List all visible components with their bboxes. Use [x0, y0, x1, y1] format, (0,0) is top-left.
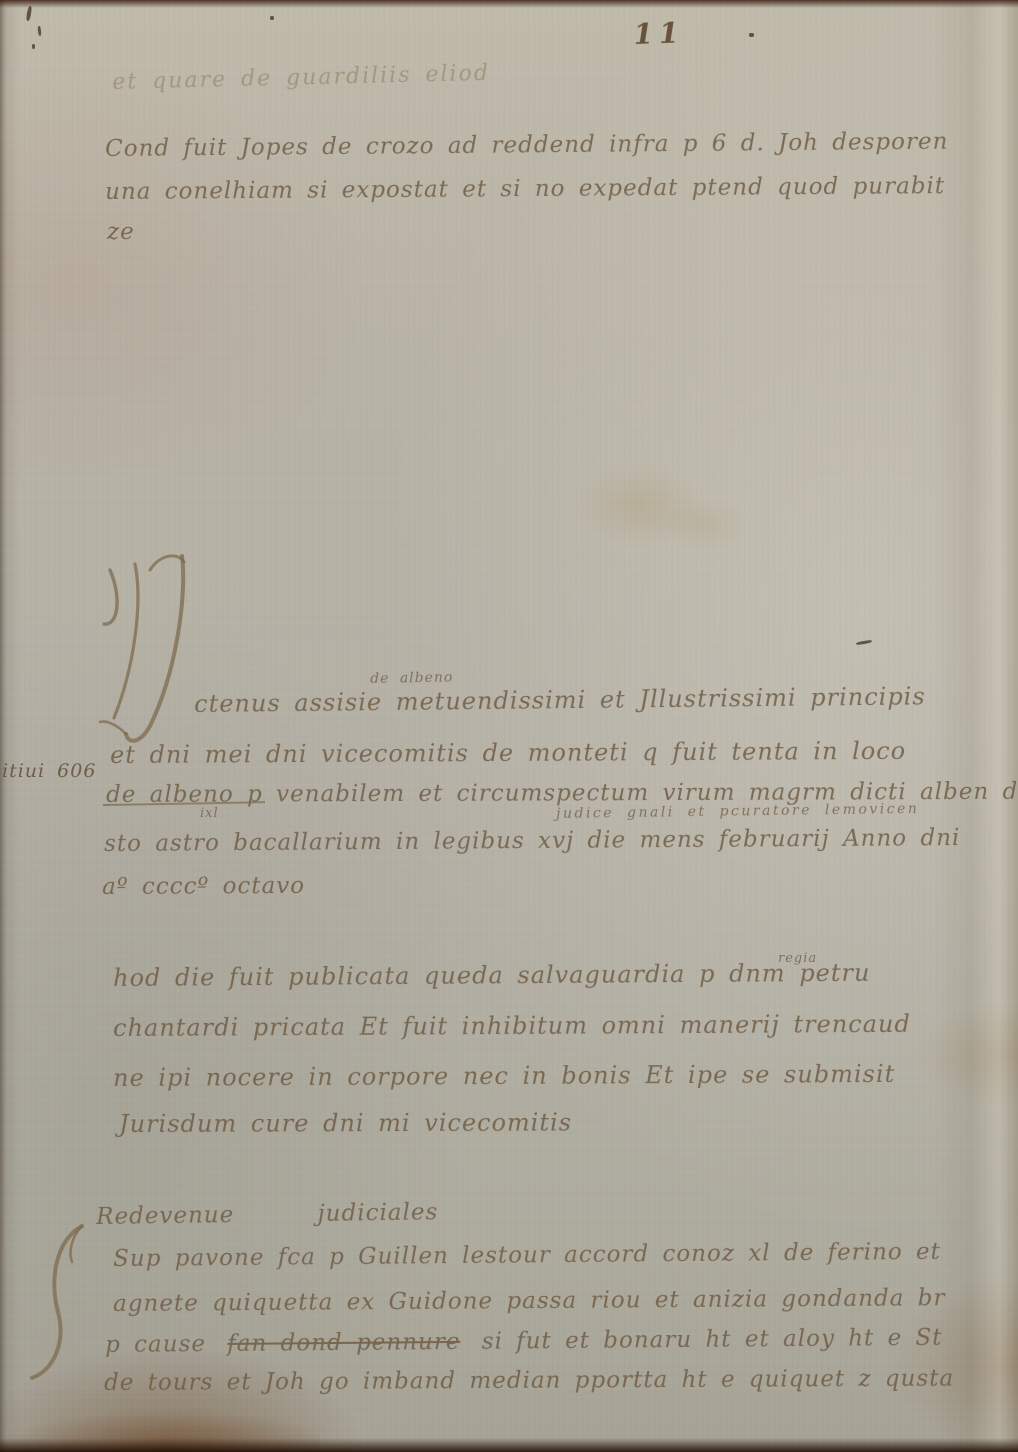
interlinear-insertion: de albeno	[370, 670, 453, 687]
manuscript-line: hod die fuit publicata queda salvaguardi…	[113, 959, 871, 992]
section-header-right: judiciales	[317, 1199, 438, 1227]
manuscript-line: ne ipi nocere in corpore nec in bonis Et…	[113, 1060, 895, 1092]
ink-speck	[32, 44, 35, 49]
manuscript-photo: 11 et quare de guardiliis eliod Cond fui…	[0, 0, 1018, 1452]
page-edge-bottom	[0, 1438, 1018, 1452]
line-segment: p cause	[105, 1331, 206, 1358]
manuscript-line: et dni mei dni vicecomitis de monteti q …	[110, 737, 906, 769]
section-header: Redevenue judiciales	[96, 1199, 439, 1230]
margin-note: itiui 606	[2, 760, 96, 782]
ink-speck	[749, 33, 754, 37]
page-fold-shadow	[933, 0, 1018, 1452]
manuscript-line: aº ccccº octavo	[102, 873, 305, 900]
ink-speck	[270, 16, 274, 20]
folio-number: 11	[633, 16, 685, 51]
manuscript-line: ze	[107, 219, 135, 245]
page-edge-top	[0, 0, 1018, 8]
section-header-left: Redevenue	[96, 1202, 234, 1230]
line-segment: si fut et bonaru ht et aloy ht e St	[482, 1325, 943, 1355]
manuscript-line: Jurisdum cure dni mi vicecomitis	[119, 1108, 572, 1138]
margin-bracket-flourish	[24, 1222, 94, 1382]
superscript-note: ixl	[200, 806, 219, 821]
page-edge-left	[0, 0, 6, 1452]
struck-text: fan dond pennure	[227, 1329, 460, 1357]
calligraphic-initial-A	[88, 548, 218, 748]
manuscript-line: de tours et Joh go imband median pportta…	[104, 1366, 954, 1396]
manuscript-line: chantardi pricata Et fuit inhibitum omni…	[113, 1010, 911, 1042]
